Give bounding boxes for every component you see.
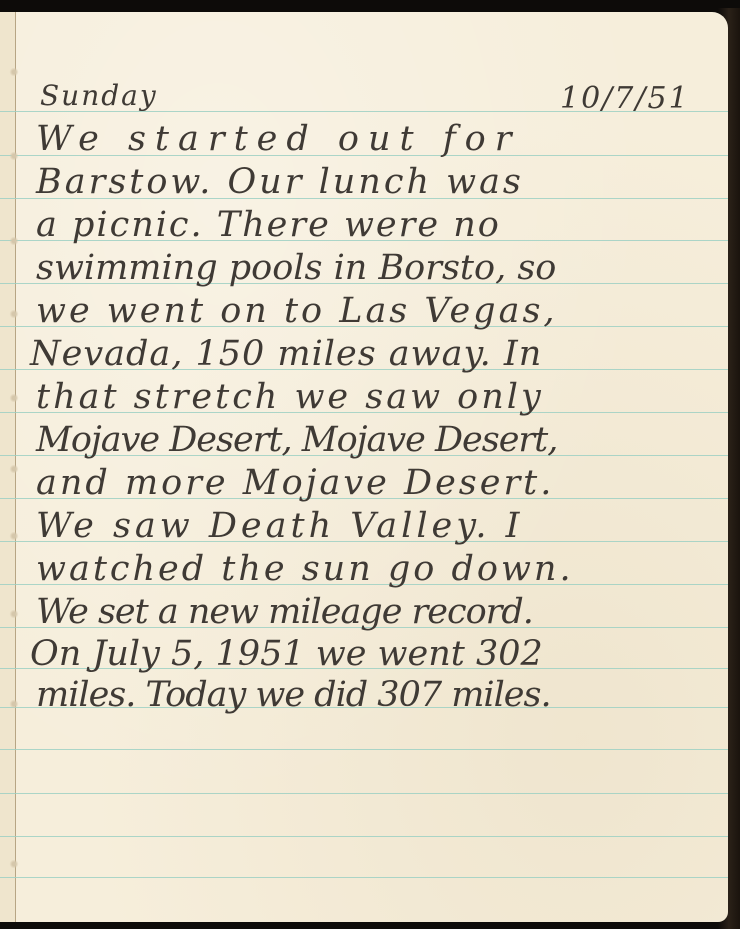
- binding-stitch: [9, 700, 19, 708]
- binding-stitch: [9, 152, 19, 160]
- binding-stitch: [9, 237, 19, 245]
- diary-line: On July 5, 1951 we went 302: [30, 637, 543, 672]
- ruled-line: [0, 793, 728, 794]
- ruled-line: [0, 749, 728, 750]
- diary-line: swimming pools in Borsto, so: [36, 251, 556, 286]
- diary-line: Mojave Desert, Mojave Desert,: [36, 423, 557, 458]
- diary-line: that stretch we saw only: [36, 380, 544, 415]
- binding-stitch: [9, 310, 19, 318]
- binding-stitch: [9, 860, 19, 868]
- diary-line: We saw Death Valley. I: [36, 509, 523, 544]
- diary-line: miles. Today we did 307 miles.: [36, 678, 551, 713]
- binding-stitch: [9, 610, 19, 618]
- diary-page: Sunday 10/7/51 We started out for Barsto…: [0, 12, 728, 922]
- diary-line: We set a new mileage record.: [36, 595, 533, 630]
- binding-stitch: [9, 68, 19, 76]
- diary-line: Barstow. Our lunch was: [36, 165, 524, 200]
- binding-stitch: [9, 465, 19, 473]
- diary-line: a picnic. There were no: [36, 208, 501, 243]
- diary-line: watched the sun go down.: [36, 552, 574, 587]
- binding-stitch: [9, 532, 19, 540]
- diary-line: and more Mojave Desert.: [36, 466, 554, 501]
- diary-line: Nevada, 150 miles away. In: [30, 337, 542, 372]
- entry-day: Sunday: [40, 82, 158, 110]
- ruled-line: [0, 877, 728, 878]
- ruled-line: [0, 836, 728, 837]
- entry-date: 10/7/51: [560, 84, 690, 114]
- binding-stitch: [9, 394, 19, 402]
- diary-line: we went on to Las Vegas,: [36, 294, 558, 329]
- diary-line: We started out for: [36, 122, 520, 157]
